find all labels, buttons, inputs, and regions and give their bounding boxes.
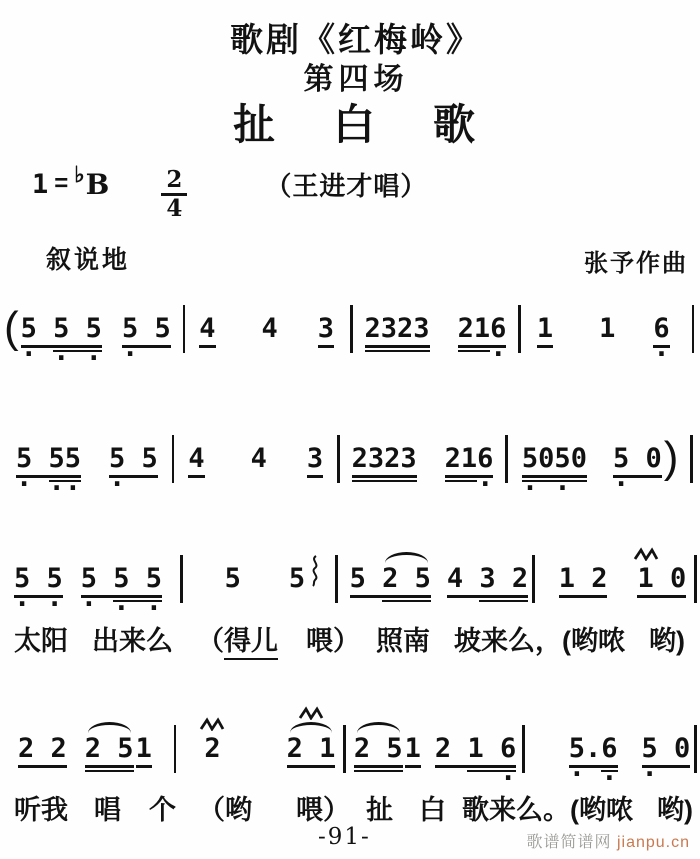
octave-dots: ·	[569, 768, 602, 782]
note: 5 ·	[21, 299, 54, 362]
beam-underline	[188, 475, 204, 478]
lyrics-line-2: 听我唱个（哟喂）扯白歌来么。(哟哝哟)	[6, 793, 700, 827]
watermark-site-name: 歌谱简谱网	[526, 834, 611, 851]
note-digits: 2 1	[287, 735, 336, 763]
lyric-segment: 个	[149, 793, 176, 827]
beam-underline	[352, 475, 417, 478]
note-digits: 4	[199, 315, 215, 343]
note-digits: 2 5	[382, 565, 431, 593]
mordent-icon	[199, 717, 225, 731]
note: 3 2	[479, 549, 528, 602]
beam-underline	[559, 595, 608, 598]
barline	[518, 305, 521, 353]
note-digits: 5	[225, 565, 241, 593]
composer-credit: 张予作曲	[584, 243, 688, 278]
parenthesis: (	[4, 299, 19, 351]
slur-arc	[357, 722, 400, 733]
note: 4	[188, 429, 204, 478]
lyric-segment: 歌来么。(哟哝	[462, 793, 633, 827]
beam-underline	[637, 595, 686, 598]
octave-dots: ·	[122, 348, 171, 362]
note: 5 5·	[122, 299, 171, 362]
beam-underline	[354, 770, 403, 773]
music-line-3: 5 5· ·5 · 5 5· ·555 2 54 3 21 21 0	[4, 549, 698, 616]
tempo-expression-label: 叙说地	[46, 240, 130, 276]
beam-underline	[318, 345, 334, 348]
octave-dots: ·	[109, 478, 158, 492]
barline	[343, 725, 346, 773]
beam-underline	[136, 765, 152, 768]
lyric-segment: 喂）	[296, 793, 350, 827]
beam-underline	[352, 480, 417, 483]
note: 4	[447, 549, 480, 598]
note: 3	[307, 429, 323, 478]
note: 4	[262, 299, 278, 343]
music-line-1: (5 · 5 5· ·5 5· 4432323216·116·	[4, 299, 698, 366]
lyric-segment: 喂）	[306, 624, 360, 658]
beam-underline	[199, 345, 215, 348]
barline	[522, 725, 525, 773]
slur-arc	[385, 552, 428, 563]
octave-dots: ·	[81, 598, 114, 612]
lyric-segment: （	[197, 624, 224, 658]
squiggle-ornament-icon	[308, 555, 322, 587]
beam-underline	[479, 600, 528, 603]
music-line-2: 5 · 55··5 5· 4432323216·5050· · 5 0· )	[4, 429, 698, 496]
flat-sign-icon: ♭	[74, 162, 84, 188]
note-digits: 21	[445, 445, 478, 473]
watermark-url: jianpu.cn	[617, 834, 690, 851]
octave-dots: ·	[21, 348, 54, 362]
octave-dots: ·	[477, 478, 493, 492]
octave-dots: ·	[642, 768, 691, 782]
note-digits: 1	[599, 315, 615, 343]
mordent-icon	[298, 706, 324, 720]
lyric-segment: 坡来么，(哟哝	[454, 624, 625, 658]
beam-underline	[537, 345, 553, 348]
key-signature: 1 = ♭ B	[32, 168, 109, 202]
lyric-segment: 照南	[376, 624, 430, 658]
octave-dots: ··	[49, 482, 82, 496]
time-signature: 2 4	[161, 168, 187, 221]
song-title: 扯 白 歌	[0, 92, 700, 152]
note: 21	[445, 429, 478, 482]
lyric-segment: 扯	[366, 793, 393, 827]
beam-underline	[287, 765, 336, 768]
note: 21	[458, 299, 491, 352]
beam-underline	[445, 480, 478, 483]
beam-underline	[447, 595, 480, 598]
note: 4	[199, 299, 215, 348]
octave-dots: ·	[601, 772, 617, 786]
beam-underline	[458, 345, 491, 348]
note: 1 0	[637, 549, 686, 598]
barline	[335, 555, 338, 603]
note: 2323	[352, 429, 417, 482]
note: 1	[136, 719, 152, 768]
mordent-icon	[633, 547, 659, 561]
octave-dots: ·	[490, 348, 506, 362]
note: 5 5· ·	[14, 549, 63, 612]
barline	[180, 555, 183, 603]
note-digits: 1 0	[637, 565, 686, 593]
beam-underline	[18, 765, 67, 768]
note: 1	[599, 299, 615, 343]
barline	[532, 555, 535, 603]
octave-dots: ·	[653, 348, 669, 362]
lyric-segment: 哟)	[649, 624, 685, 658]
key-tonic-number: 1	[32, 168, 48, 202]
sheet-music-page: 歌剧《红梅岭》 第四场 扯 白 歌 1 = ♭ B 2 4 （王进才唱） 叙说地…	[0, 0, 700, 859]
note-digits: 2 5	[85, 735, 134, 763]
note-digits: 4	[188, 445, 204, 473]
note: 5.·	[569, 719, 602, 782]
note-digits: 5	[350, 565, 383, 593]
note-digits: 1 6	[467, 735, 516, 763]
key-meter-row: 1 = ♭ B 2 4 （王进才唱）	[32, 168, 427, 221]
singer-label: （王进才唱）	[265, 168, 427, 204]
note: 5	[350, 549, 383, 598]
note-digits: 4	[447, 565, 480, 593]
note: 5 ·	[81, 549, 114, 612]
note: 4	[251, 429, 267, 473]
beam-underline	[479, 595, 528, 598]
note-digits: 2 5	[354, 735, 403, 763]
octave-dots: · ·	[14, 598, 63, 612]
lyric-segment: 白	[419, 793, 446, 827]
note: 6·	[653, 299, 669, 362]
note-digits: 3	[307, 445, 323, 473]
octave-dots: ·	[467, 772, 516, 786]
beam-underline	[307, 475, 323, 478]
barline	[692, 305, 695, 353]
key-letter: B	[86, 168, 110, 202]
note: 5 5·	[109, 429, 158, 492]
note: 5050· ·	[522, 429, 587, 496]
note-digits: 2	[204, 735, 220, 763]
note-digits: 55	[49, 445, 82, 473]
note: 2 5	[85, 719, 134, 772]
barline	[350, 305, 353, 353]
note-digits: 1 2	[559, 565, 608, 593]
note-digits: 1	[537, 315, 553, 343]
note: 2 1	[287, 719, 336, 768]
parenthesis: )	[664, 429, 679, 481]
note: 1 2	[559, 549, 608, 598]
note-digits: 3 2	[479, 565, 528, 593]
note: 2 5	[354, 719, 403, 772]
lyric-segment: 听我	[14, 793, 68, 827]
music-line-4: 2 22 5122 12 512 1 6 ·5.· 6·5 0·	[4, 719, 698, 786]
beam-underline	[365, 350, 430, 353]
note: 2 5	[382, 549, 431, 602]
page-number: -91-	[318, 824, 371, 850]
octave-dots: · ·	[113, 602, 162, 616]
slur-arc	[290, 722, 333, 733]
beam-underline	[382, 600, 431, 603]
note-digits: 2323	[365, 315, 430, 343]
octave-dots: · ·	[53, 352, 102, 366]
note: 3	[318, 299, 334, 348]
watermark: 歌谱简谱网 jianpu.cn	[526, 829, 690, 852]
barline	[694, 555, 697, 603]
note: 2	[204, 719, 220, 763]
octave-dots: ·	[613, 478, 662, 492]
barline	[690, 435, 693, 483]
note-digits: 5	[289, 565, 305, 593]
beam-underline	[350, 595, 383, 598]
note-digits: 4	[251, 445, 267, 473]
barline	[172, 435, 175, 483]
lyric-segment: 得儿	[224, 624, 278, 660]
note-digits: 21	[458, 315, 491, 343]
note-digits: 6	[601, 735, 617, 763]
time-signature-numerator: 2	[161, 168, 187, 193]
note: 1	[537, 299, 553, 348]
time-signature-denominator: 4	[161, 193, 187, 221]
slur-arc	[88, 722, 131, 733]
octave-dots: ·	[16, 478, 49, 492]
note-digits: 5 5	[113, 565, 162, 593]
note: 1 6 ·	[467, 719, 516, 786]
note-digits: 2 2	[18, 735, 67, 763]
note: 1	[405, 719, 421, 768]
note-digits: 4	[262, 315, 278, 343]
note: 5	[289, 549, 305, 593]
note: 2 2	[18, 719, 67, 768]
note-digits: 1	[136, 735, 152, 763]
note-digits: 2323	[352, 445, 417, 473]
note-digits: 1	[405, 735, 421, 763]
note: 6·	[601, 719, 617, 786]
beam-underline	[382, 595, 431, 598]
barline	[337, 435, 340, 483]
lyric-segment: 太阳	[14, 624, 68, 658]
lyric-segment: 出来么	[92, 624, 173, 658]
beam-underline	[85, 765, 134, 768]
barline	[694, 725, 697, 773]
beam-underline	[405, 765, 421, 768]
note-digits: 5050	[522, 445, 587, 473]
octave-dots: · ·	[522, 482, 587, 496]
beam-underline	[435, 765, 468, 768]
key-equals-sign: =	[54, 168, 68, 200]
beam-underline	[85, 770, 134, 773]
barline	[174, 725, 177, 773]
note-digits: 5 5	[53, 315, 102, 343]
beam-underline	[365, 345, 430, 348]
lyric-segment: 哟)	[657, 793, 693, 827]
lyric-segment: 唱	[94, 793, 121, 827]
beam-underline	[458, 350, 491, 353]
lyrics-line-1: 太阳出来么（得儿喂）照南坡来么，(哟哝哟)	[6, 624, 700, 660]
barline	[183, 305, 186, 353]
note: 5 0·	[642, 719, 691, 782]
note: 5 5· ·	[53, 299, 102, 366]
note: 5 5· ·	[113, 549, 162, 616]
lyric-segment: （哟	[198, 793, 252, 827]
note: 2323	[365, 299, 430, 352]
beam-underline	[445, 475, 478, 478]
note: 2	[435, 719, 468, 768]
note: 5 ·	[16, 429, 49, 492]
note-digits: 2	[435, 735, 468, 763]
barline	[505, 435, 508, 483]
beam-underline	[354, 765, 403, 768]
note: 6·	[490, 299, 506, 362]
note: 5	[225, 549, 241, 593]
note: 5 0·	[613, 429, 662, 492]
note-digits: 3	[318, 315, 334, 343]
note: 55··	[49, 429, 82, 496]
note: 6·	[477, 429, 493, 492]
